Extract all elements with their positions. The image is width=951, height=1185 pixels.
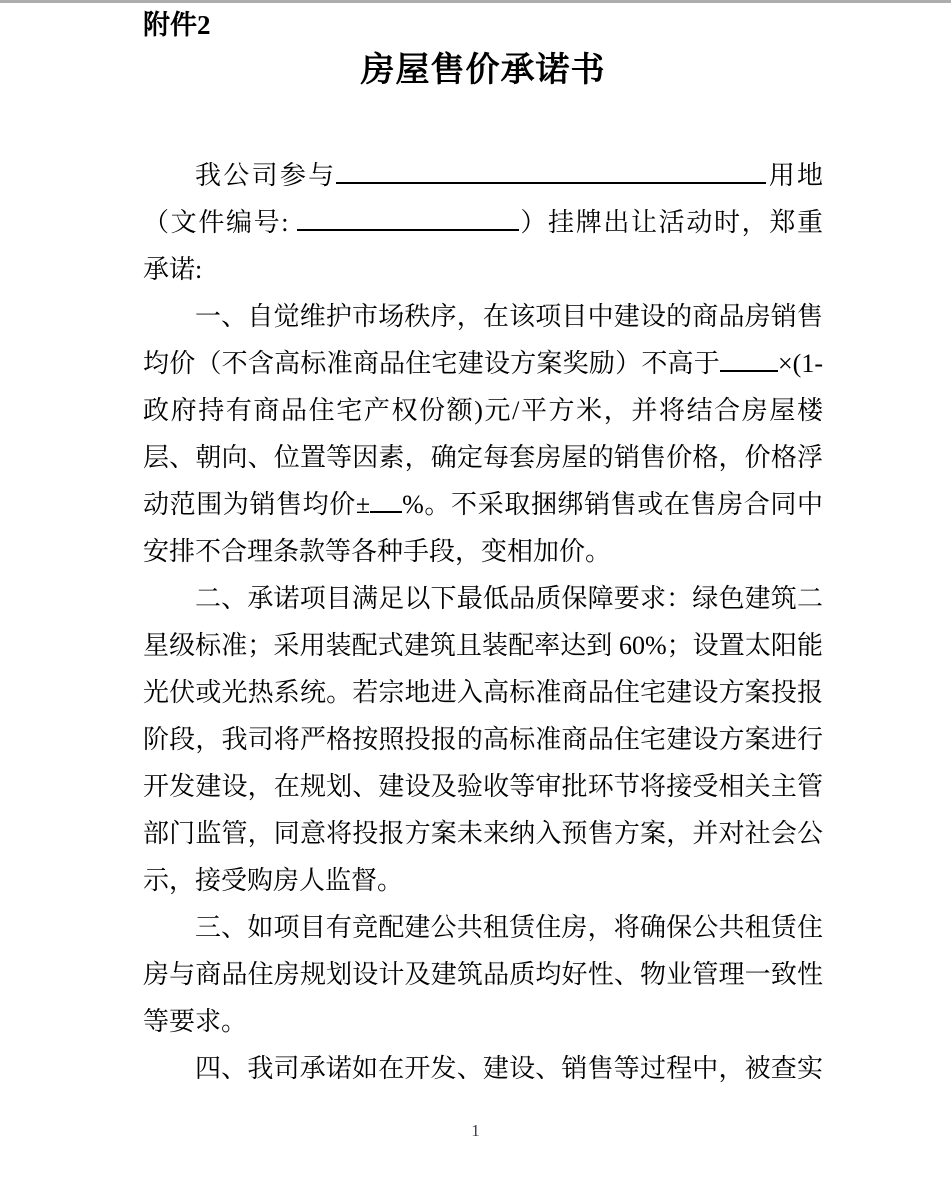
text-line: 动范围为销售均价±%。不采取捆绑销售或在售房合同中 bbox=[143, 481, 823, 528]
text-run: 用地 bbox=[766, 161, 823, 190]
text-run: 一、自觉维护市场秩序，在该项目中建设的商品房销售 bbox=[195, 302, 823, 331]
text-run: 三、如项目有竞配建公共租赁住房，将确保公共租赁住 bbox=[195, 913, 823, 942]
text-line: 阶段，我司将严格按照投报的高标准商品住宅建设方案进行 bbox=[143, 716, 823, 763]
blank-underline-field bbox=[370, 483, 402, 513]
text-line: 三、如项目有竞配建公共租赁住房，将确保公共租赁住 bbox=[143, 904, 823, 951]
attachment-label: 附件2 bbox=[143, 6, 823, 44]
text-run: 星级标准；采用装配式建筑且装配率达到 60%；设置太阳能 bbox=[143, 631, 823, 660]
page-top-border bbox=[0, 0, 951, 3]
text-line: 承诺: bbox=[143, 246, 823, 293]
text-run: 层、朝向、位置等因素，确定每套房屋的销售价格，价格浮 bbox=[143, 443, 823, 472]
text-line: 部门监管，同意将投报方案未来纳入预售方案，并对社会公 bbox=[143, 810, 823, 857]
text-run: ）挂牌出让活动时，郑重 bbox=[519, 208, 823, 237]
paragraph-item-3-public-rental-housing: 三、如项目有竞配建公共租赁住房，将确保公共租赁住房与商品住房规划设计及建筑品质均… bbox=[143, 904, 823, 1045]
text-line: 星级标准；采用装配式建筑且装配率达到 60%；设置太阳能 bbox=[143, 622, 823, 669]
text-line: 一、自觉维护市场秩序，在该项目中建设的商品房销售 bbox=[143, 293, 823, 340]
paragraph-item-1-price-commitment: 一、自觉维护市场秩序，在该项目中建设的商品房销售均价（不含高标准商品住宅建设方案… bbox=[143, 293, 823, 575]
text-line: 示，接受购房人监督。 bbox=[143, 857, 823, 904]
text-line: 光伏或光热系统。若宗地进入高标准商品住宅建设方案投报 bbox=[143, 669, 823, 716]
text-run: 房与商品住房规划设计及建筑品质均好性、物业管理一致性 bbox=[143, 960, 823, 989]
text-run: （文件编号: bbox=[143, 208, 297, 237]
text-run: 部门监管，同意将投报方案未来纳入预售方案，并对社会公 bbox=[143, 819, 823, 848]
text-line: 等要求。 bbox=[143, 998, 823, 1045]
document-title: 房屋售价承诺书 bbox=[143, 48, 823, 94]
text-run: 阶段，我司将严格按照投报的高标准商品住宅建设方案进行 bbox=[143, 725, 823, 754]
text-line: 开发建设，在规划、建设及验收等审批环节将接受相关主管 bbox=[143, 763, 823, 810]
text-run: %。不采取捆绑销售或在售房合同中 bbox=[402, 490, 823, 519]
text-run: 示，接受购房人监督。 bbox=[143, 866, 403, 895]
text-run: 二、承诺项目满足以下最低品质保障要求：绿色建筑二 bbox=[195, 584, 823, 613]
paragraph-intro: 我公司参与用地（文件编号: ）挂牌出让活动时，郑重承诺: bbox=[143, 152, 823, 293]
text-run: 承诺: bbox=[143, 255, 202, 284]
text-run: 均价（不含高标准商品住宅建设方案奖励）不高于 bbox=[143, 349, 720, 378]
document-page: 附件2 房屋售价承诺书 我公司参与用地（文件编号: ）挂牌出让活动时，郑重承诺:… bbox=[143, 6, 823, 1092]
blank-underline-field bbox=[336, 154, 766, 184]
text-run: 安排不合理条款等各种手段，变相加价。 bbox=[143, 537, 611, 566]
document-body: 我公司参与用地（文件编号: ）挂牌出让活动时，郑重承诺:一、自觉维护市场秩序，在… bbox=[143, 152, 823, 1092]
text-run: 四、我司承诺如在开发、建设、销售等过程中，被查实 bbox=[195, 1054, 823, 1083]
text-line: 二、承诺项目满足以下最低品质保障要求：绿色建筑二 bbox=[143, 575, 823, 622]
text-line: 均价（不含高标准商品住宅建设方案奖励）不高于×(1- bbox=[143, 340, 823, 387]
paragraph-item-2-quality-commitment: 二、承诺项目满足以下最低品质保障要求：绿色建筑二星级标准；采用装配式建筑且装配率… bbox=[143, 575, 823, 904]
text-line: 政府持有商品住宅产权份额)元/平方米，并将结合房屋楼 bbox=[143, 387, 823, 434]
text-line: 四、我司承诺如在开发、建设、销售等过程中，被查实 bbox=[143, 1045, 823, 1092]
blank-underline-field bbox=[720, 342, 778, 372]
page-number: 1 bbox=[0, 1120, 951, 1142]
text-run: ×(1- bbox=[778, 349, 823, 378]
text-run: 政府持有商品住宅产权份额)元/平方米，并将结合房屋楼 bbox=[143, 396, 823, 425]
text-run: 我公司参与 bbox=[195, 161, 336, 190]
text-line: 安排不合理条款等各种手段，变相加价。 bbox=[143, 528, 823, 575]
text-line: （文件编号: ）挂牌出让活动时，郑重 bbox=[143, 199, 823, 246]
text-run: 动范围为销售均价± bbox=[143, 490, 370, 519]
paragraph-item-4-violation-clause: 四、我司承诺如在开发、建设、销售等过程中，被查实 bbox=[143, 1045, 823, 1092]
text-line: 房与商品住房规划设计及建筑品质均好性、物业管理一致性 bbox=[143, 951, 823, 998]
blank-underline-field bbox=[297, 201, 519, 231]
text-run: 开发建设，在规划、建设及验收等审批环节将接受相关主管 bbox=[143, 772, 823, 801]
text-line: 层、朝向、位置等因素，确定每套房屋的销售价格，价格浮 bbox=[143, 434, 823, 481]
text-line: 我公司参与用地 bbox=[143, 152, 823, 199]
text-run: 等要求。 bbox=[143, 1007, 247, 1036]
text-run: 光伏或光热系统。若宗地进入高标准商品住宅建设方案投报 bbox=[143, 678, 823, 707]
